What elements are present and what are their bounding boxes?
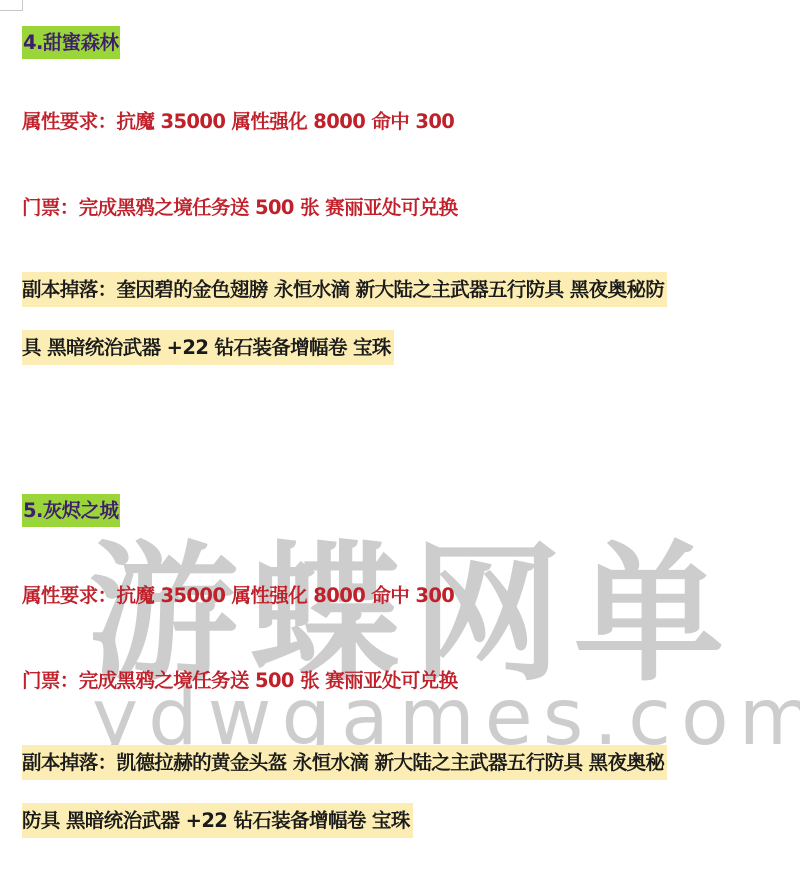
page-corner-marker [0, 0, 23, 11]
section-title: 5.灰烬之城 [22, 494, 120, 527]
ticket-info: 门票：完成黑鸦之境任务送 500 张 赛丽亚处可兑换 [22, 663, 457, 698]
ticket-info: 门票：完成黑鸦之境任务送 500 张 赛丽亚处可兑换 [22, 190, 457, 225]
section-title: 4.甜蜜森林 [22, 26, 120, 59]
dungeon-drops-line-1: 副本掉落：凯德拉赫的黄金头盔 永恒水滴 新大陆之主武器五行防具 黑夜奥秘 [22, 745, 667, 780]
attribute-requirement: 属性要求：抗魔 35000 属性强化 8000 命中 300 [22, 578, 454, 613]
attribute-requirement: 属性要求：抗魔 35000 属性强化 8000 命中 300 [22, 104, 454, 139]
dungeon-drops-line-1: 副本掉落：奎因碧的金色翅膀 永恒水滴 新大陆之主武器五行防具 黑夜奥秘防 [22, 272, 667, 307]
dungeon-drops-line-2: 具 黑暗统治武器 +22 钻石装备增幅卷 宝珠 [22, 330, 394, 365]
dungeon-drops-line-2: 防具 黑暗统治武器 +22 钻石装备增幅卷 宝珠 [22, 803, 413, 838]
